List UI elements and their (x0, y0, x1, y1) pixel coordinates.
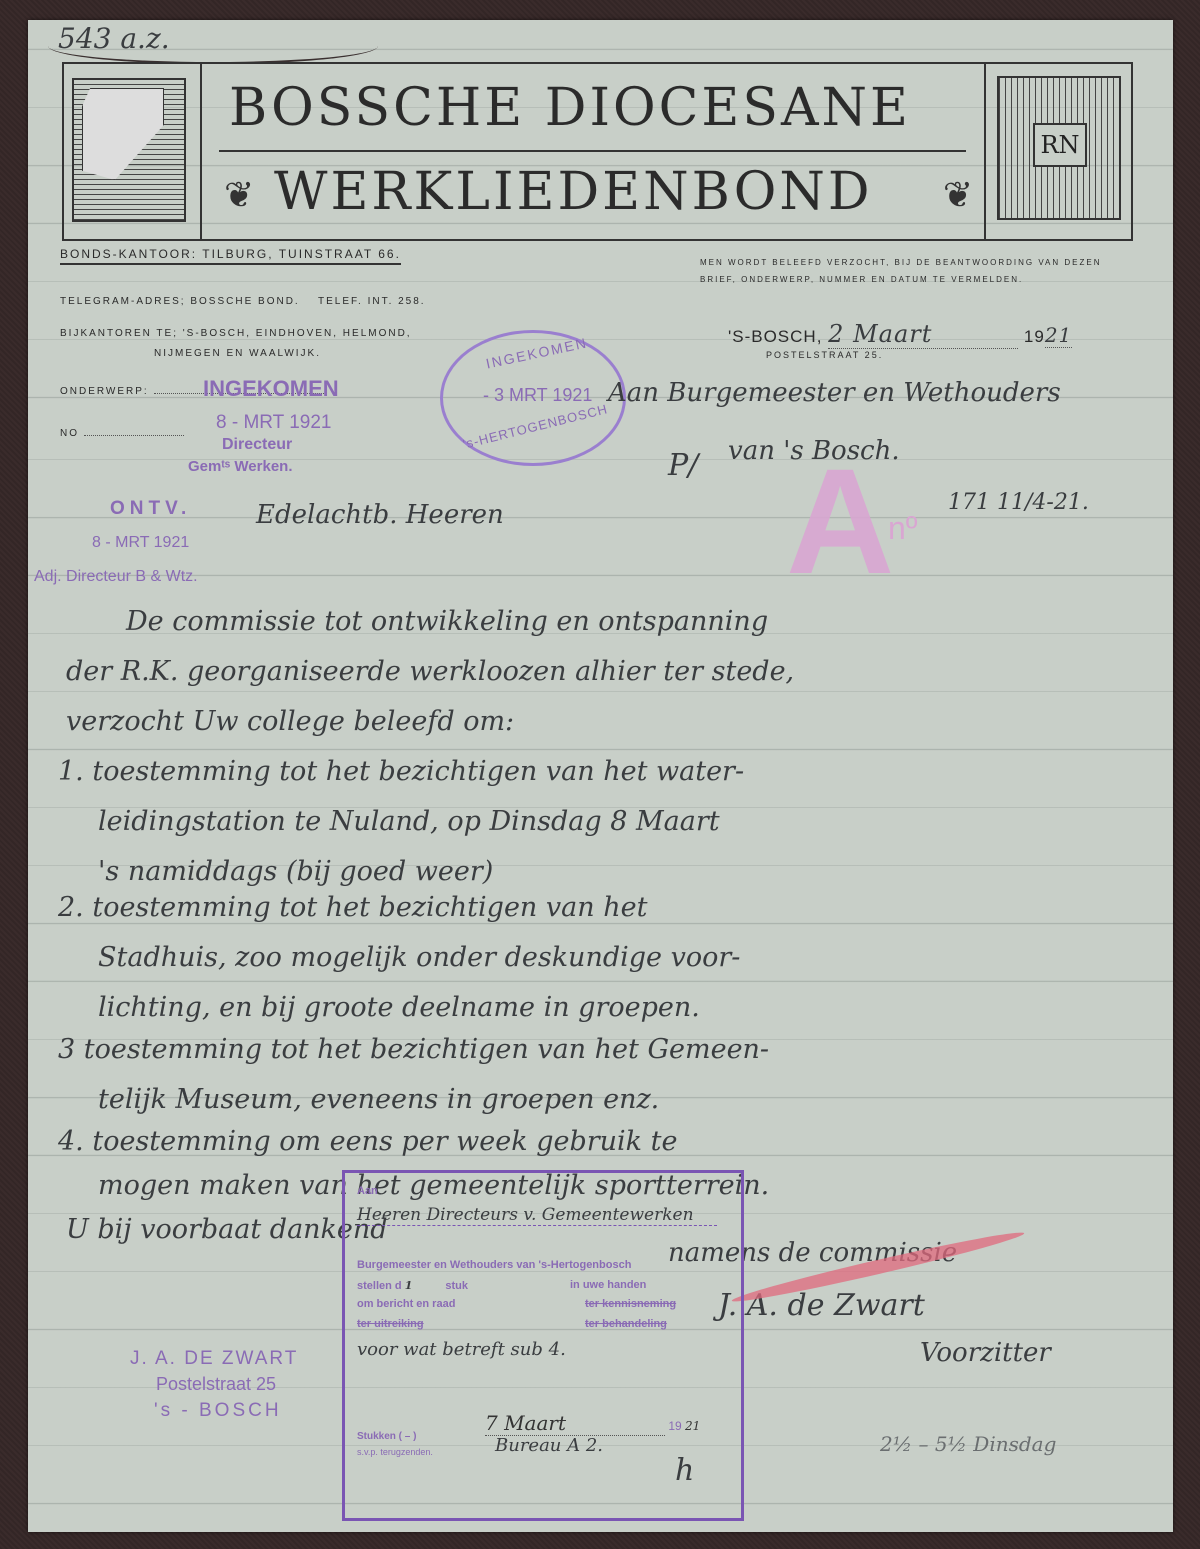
letterhead-title-line1: BOSSCHE DIOCESANE (229, 78, 911, 138)
ingekomen-oval-stamp: INGEKOMEN - 3 MRT 1921 's-HERTOGENBOSCH (440, 330, 626, 466)
signatory-title: Voorzitter (920, 1338, 1051, 1368)
telegram-address: Telegram-adres; BOSSCHE BOND. (60, 296, 300, 307)
routing-initial: h (675, 1453, 694, 1488)
body-line: leidingstation te Nuland, op Dinsdag 8 M… (98, 806, 720, 837)
routing-uitreiking: ter uitreiking (357, 1318, 424, 1330)
routing-note: voor wat betreft sub 4. (357, 1339, 566, 1360)
place-date-line: 's-BOSCH, 2 Maart 1921 (728, 320, 1072, 349)
ingekomen-stamp-date: 8 - MRT 1921 (216, 412, 331, 434)
routing-return: s.v.p. terugzenden. (357, 1447, 433, 1457)
branches-line1: Bijkantoren te; 's-BOSCH, EINDHOVEN, HEL… (60, 328, 412, 339)
routing-kennisneming: ter kennisneming (585, 1298, 676, 1310)
salutation: Edelachtb. Heeren (256, 500, 504, 530)
body-line: telijk Museum, eveneens in groepen enz. (98, 1084, 659, 1115)
oval-stamp-top: INGEKOMEN (484, 334, 589, 371)
registry-note: 171 11/4-21. (948, 490, 1089, 515)
title-rule (219, 150, 966, 152)
letterhead-title-line2: WERKLIEDENBOND (274, 162, 873, 222)
body-line: Stadhuis, zoo mogelijk onder deskundige … (98, 942, 740, 973)
ingekomen-stamp-dept1: Directeur (222, 436, 292, 454)
routing-line1: Burgemeester en Wethouders van 's-Hertog… (357, 1259, 631, 1271)
phone-number: Telef. Int. 258. (318, 296, 426, 307)
body-line: 1. toestemming tot het bezichtigen van h… (58, 756, 744, 787)
routing-behandeling: ter behandeling (585, 1318, 667, 1330)
ingekomen-stamp-dept2: Gemᵗˢ Werken. (188, 458, 293, 475)
body-line: 's namiddags (bij goed weer) (98, 856, 493, 887)
body-line: 3 toestemming tot het bezichtigen van he… (58, 1034, 769, 1065)
routing-date-line: 7 Maart 19 21 (485, 1411, 700, 1436)
letter-page: 543 a.z. BOSSCHE DIOCESANE ❦ WERKLIEDENB… (28, 20, 1173, 1532)
body-line: U bij voorbaat dankend (66, 1214, 388, 1245)
body-line: 4. toestemming om eens per week gebruik … (58, 1126, 677, 1157)
addressee-line2: van 's Bosch. (728, 436, 900, 466)
reply-note-line2: BRIEF, ONDERWERP, NUMMER EN DATUM TE VER… (700, 275, 1023, 284)
routing-form-stamp: Aan Heeren Directeurs v. Gemeentewerken … (342, 1170, 744, 1521)
letterhead-divider (200, 64, 202, 239)
routing-to-label: Aan (357, 1185, 378, 1197)
coat-of-arms-logo-icon (72, 78, 186, 222)
body-line: De commissie tot ontwikkeling en ontspan… (126, 606, 768, 637)
body-line: 2. toestemming tot het bezichtigen van h… (58, 892, 647, 923)
body-line: lichting, en bij groote deelname in groe… (98, 992, 700, 1023)
oval-stamp-bottom: 's-HERTOGENBOSCH (461, 401, 609, 452)
number-label: No (60, 428, 184, 439)
branches-line2: NIJMEGEN en WAALWIJK. (154, 348, 321, 359)
ingekomen-stamp-title: INGEKOMEN (203, 376, 339, 402)
routing-bureau: Bureau A 2. (495, 1435, 603, 1456)
sender-stamp-city: 's - BOSCH (154, 1400, 282, 1422)
oval-stamp-date: - 3 MRT 1921 (483, 385, 592, 406)
sender-stamp-name: J. A. DE ZWART (130, 1348, 298, 1370)
handwritten-date: 2 Maart (828, 320, 1018, 349)
ornament-icon: ❦ (943, 174, 973, 216)
ornament-icon: ❦ (224, 174, 254, 216)
routing-stellen: stellen d 1 stuk (357, 1279, 468, 1292)
reply-note-line1: MEN WORDT BELEEFD VERZOCHT, BIJ DE BEANT… (700, 258, 1102, 267)
pencil-footer-note: 2½ – 5½ Dinsdag (880, 1432, 1056, 1456)
addressee-line1: Aan Burgemeester en Wethouders (608, 378, 1061, 408)
office-address: Bonds-Kantoor: TILBURG, TUINSTRAAT 66. (60, 247, 401, 265)
registry-number-prefix: nº (888, 510, 917, 547)
logo-rn-text: RN (1033, 123, 1087, 167)
routing-to-value: Heeren Directeurs v. Gemeentewerken (357, 1205, 717, 1226)
routing-in-uwe-handen: in uwe handen (570, 1279, 646, 1291)
routing-bericht-raad: om bericht en raad (357, 1298, 455, 1310)
marginal-initial: P/ (668, 448, 698, 483)
body-line: verzocht Uw college beleefd om: (66, 706, 514, 737)
cross-rn-logo-icon: RN (997, 76, 1121, 220)
ontv-stamp-dept: Adj. Directeur B & Wtz. (34, 568, 198, 586)
street-address: POSTELSTRAAT 25. (766, 350, 883, 360)
ontv-stamp-date: 8 - MRT 1921 (92, 534, 189, 552)
letterhead-box: BOSSCHE DIOCESANE ❦ WERKLIEDENBOND ❦ RN (62, 62, 1133, 241)
letterhead-divider (984, 64, 986, 239)
reference-underline (48, 28, 378, 64)
sender-stamp-street: Postelstraat 25 (156, 1374, 276, 1395)
routing-stukken: Stukken ( – ) (357, 1431, 416, 1442)
body-line: der R.K. georganiseerde werkloozen alhie… (66, 656, 794, 687)
ontv-stamp-title: ONTV. (110, 498, 191, 520)
